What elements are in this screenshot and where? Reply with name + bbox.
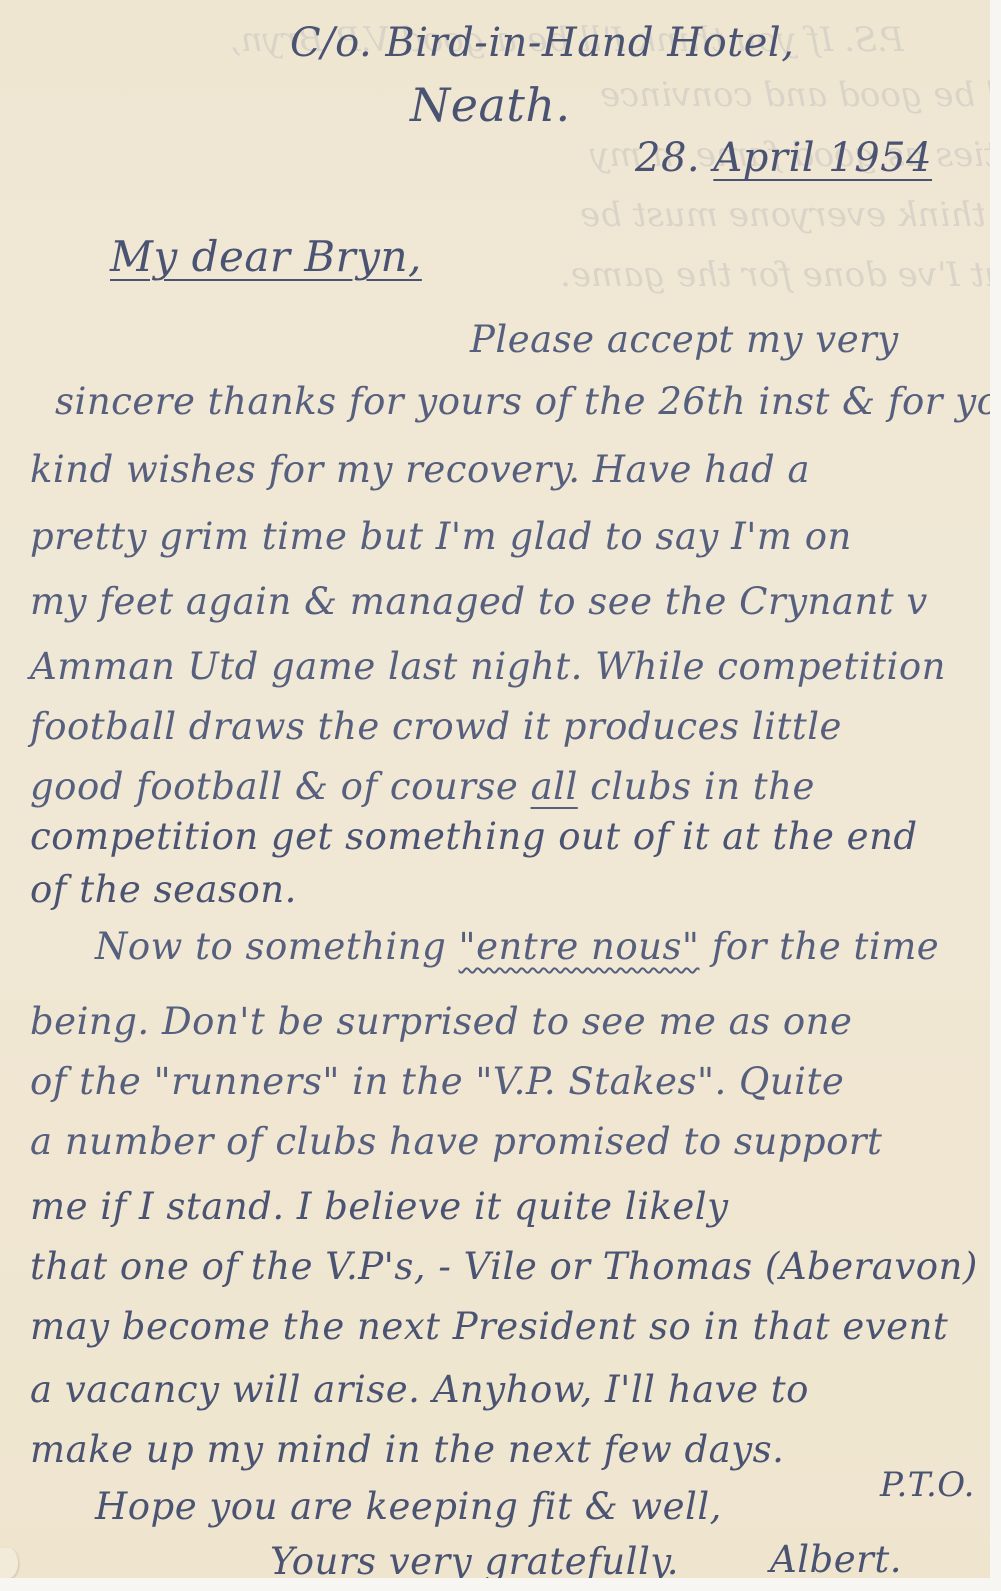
- emphasis-entre-nous: "entre nous": [459, 925, 700, 968]
- body-line: make up my mind in the next few days.: [30, 1428, 784, 1471]
- date-month-year: April 1954: [713, 135, 932, 181]
- body-line: of the season.: [30, 868, 297, 911]
- date: 28. April 1954: [635, 135, 932, 181]
- show-through-line: do you think it would be good and convin…: [600, 75, 1001, 115]
- pto-mark: P.T.O.: [880, 1465, 975, 1505]
- body-line: a number of clubs have promised to suppo…: [30, 1120, 882, 1163]
- body-line: kind wishes for my recovery. Have had a: [30, 448, 810, 491]
- salutation: My dear Bryn,: [110, 232, 422, 281]
- show-through-line: good reputation as I think everyone must…: [580, 195, 1001, 235]
- closing: Yours very gratefully.: [270, 1540, 679, 1583]
- body-line: of the "runners" in the "V.P. Stakes". Q…: [30, 1060, 844, 1103]
- date-day: 28.: [635, 135, 700, 181]
- body-line: may become the next President so in that…: [30, 1305, 948, 1348]
- body-line: Please accept my very: [470, 318, 899, 361]
- address-line-1: C/o. Bird-in-Hand Hotel,: [290, 20, 794, 66]
- body-line: that one of the V.P's, - Vile or Thomas …: [30, 1245, 978, 1288]
- body-line: pretty grim time but I'm glad to say I'm…: [30, 515, 852, 558]
- body-line: being. Don't be surprised to see me as o…: [30, 1000, 852, 1043]
- address-line-2: Neath.: [410, 78, 571, 132]
- body-line: me if I stand. I believe it quite likely: [30, 1185, 729, 1228]
- body-line: my feet again & managed to see the Cryna…: [30, 580, 928, 623]
- body-line: competition get something out of it at t…: [30, 815, 918, 858]
- letter-paper: P.S. If you think I'll be a good V.P. Br…: [0, 0, 991, 1579]
- body-line: Hope you are keeping fit & well,: [95, 1485, 722, 1528]
- body-line: sincere thanks for yours of the 26th ins…: [55, 380, 1001, 423]
- body-line: good football & of course all clubs in t…: [30, 765, 815, 808]
- page-edge-right: [990, 0, 1001, 1591]
- paper-corner-curl: [0, 1548, 18, 1578]
- body-line: Now to something "entre nous" for the ti…: [95, 925, 939, 968]
- body-line: Amman Utd game last night. While competi…: [30, 645, 946, 688]
- emphasis-all: all: [531, 765, 578, 808]
- show-through-line: aware of what I've done for the game.: [560, 255, 1001, 295]
- signature: Albert.: [770, 1538, 902, 1581]
- body-line: football draws the crowd it produces lit…: [30, 705, 842, 748]
- page-edge-bottom: [0, 1578, 1001, 1591]
- body-line: a vacancy will arise. Anyhow, I'll have …: [30, 1368, 809, 1411]
